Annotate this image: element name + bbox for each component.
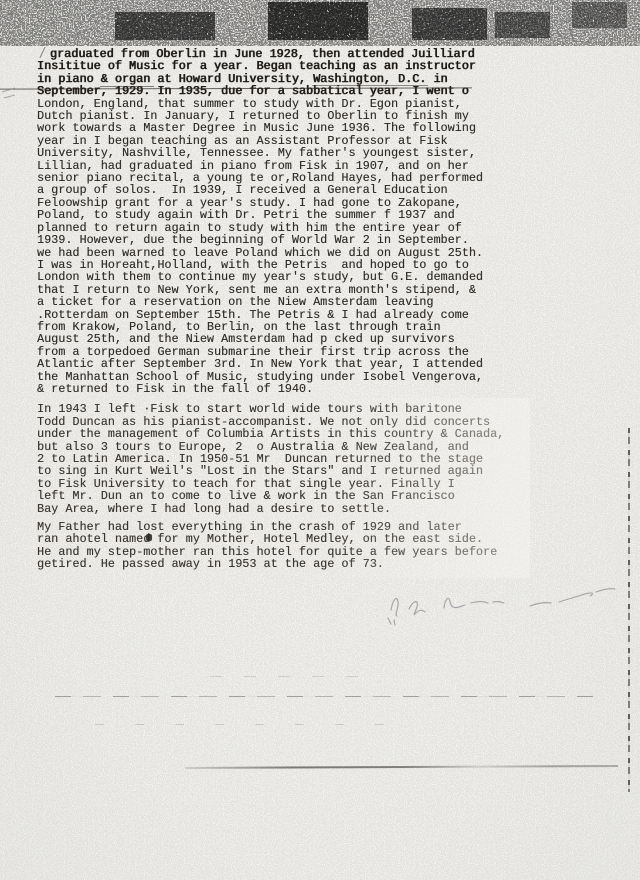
underline-mark xyxy=(100,86,154,87)
text-line: In 1943 I left ·Fisk to start world wide… xyxy=(37,403,557,415)
typewritten-text: graduated from Oberlin in June 1928, the… xyxy=(37,48,557,571)
scan-artifact-line xyxy=(210,676,380,677)
handwritten-signature xyxy=(378,584,634,632)
text-line: 1939. However, due the beginning of Worl… xyxy=(37,234,557,246)
paragraph-education: graduated from Oberlin in June 1928, the… xyxy=(37,48,557,395)
text-line: Insititue of Music for a year. Began tea… xyxy=(37,60,557,72)
text-line: to sing in Kurt Weil's "Lost in the Star… xyxy=(37,465,557,477)
text-line: under the management of Columbia Artists… xyxy=(37,428,557,440)
scan-artifact-line xyxy=(185,765,618,768)
right-edge-scan-artifact xyxy=(628,428,630,792)
text-line: a ticket for a reservation on the Niew A… xyxy=(37,296,557,308)
text-line: left Mr. Dun an to come to live & work i… xyxy=(37,490,557,502)
text-line: & returned to Fisk in the fall of 1940. xyxy=(37,383,557,395)
paragraph-father: My Father had lost everything in the cra… xyxy=(37,521,557,571)
text-line: Atlantic after September 3rd. In New Yor… xyxy=(37,358,557,370)
text-line: work towards a Master Degree in Music Ju… xyxy=(37,122,557,134)
text-line: ran ahotel named for my Mother, Hotel Me… xyxy=(37,533,557,545)
text-line: Poland, to study again with Dr. Petri th… xyxy=(37,209,557,221)
scan-artifact-line xyxy=(55,696,595,697)
underline-mark xyxy=(312,85,428,86)
text-line: London with them to continue my year's s… xyxy=(37,271,557,283)
paragraph-touring-career: In 1943 I left ·Fisk to start world wide… xyxy=(37,403,557,515)
scanned-document-page: graduated from Oberlin in June 1928, the… xyxy=(0,0,640,880)
text-line: August 25th, and the Niew Amsterdam had … xyxy=(37,333,557,345)
margin-scribble-mark xyxy=(0,80,36,104)
text-line: University, Nashville, Tennessee. My fat… xyxy=(37,147,557,159)
text-line: a group of solos. In 1939, I received a … xyxy=(37,184,557,196)
ink-blot xyxy=(146,534,152,541)
text-line: getired. He passed away in 1953 at the a… xyxy=(37,558,557,570)
text-line: Bay Area, where I had long had a desire … xyxy=(37,503,557,515)
scan-artifact-line xyxy=(95,724,385,725)
